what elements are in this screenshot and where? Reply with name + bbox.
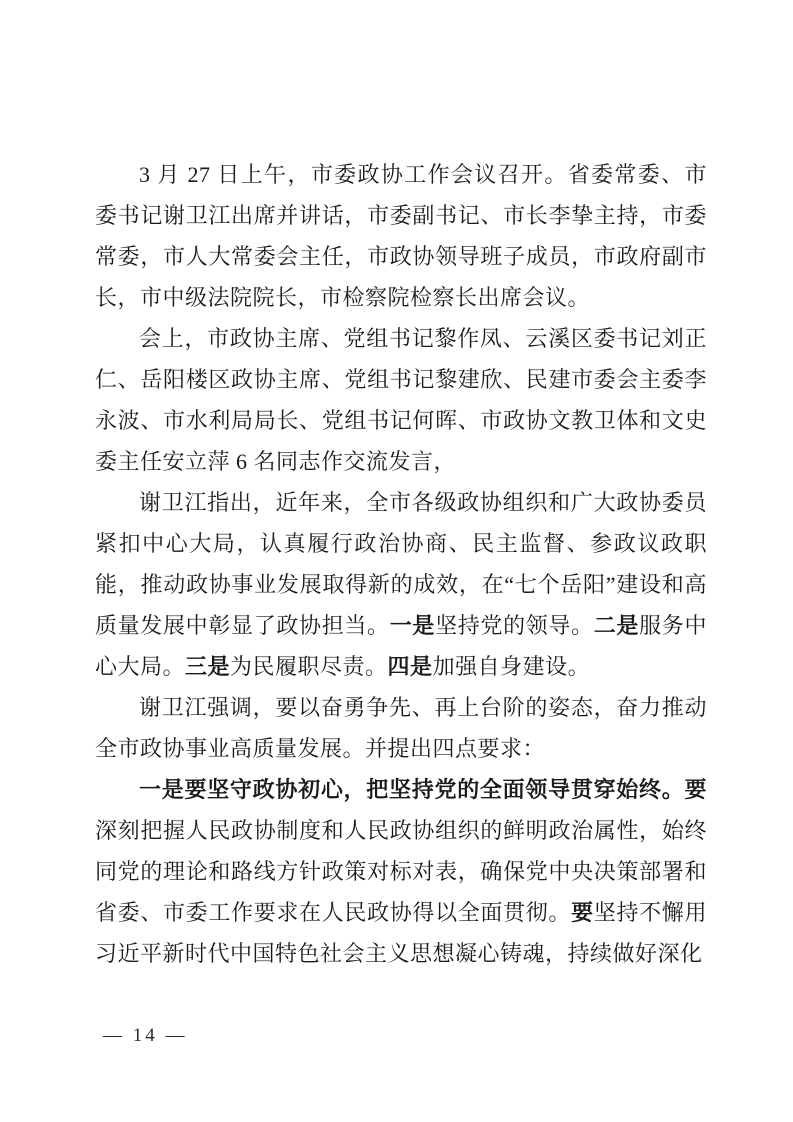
bold-text-run: 一是要坚守政协初心，把坚持党的全面领导贯穿始终。要 bbox=[139, 777, 707, 802]
bold-text-run: 二是 bbox=[594, 613, 639, 638]
paragraph-meeting-opening: 3 月 27 日上午，市委政协工作会议召开。省委常委、市委书记谢卫江出席并讲话，… bbox=[95, 154, 707, 318]
text-run: 3 月 27 日上午，市委政协工作会议召开。省委常委、市委书记谢卫江出席并讲话，… bbox=[95, 162, 707, 310]
bold-text-run: 四是 bbox=[388, 654, 433, 679]
paragraph-speakers-list: 会上，市政协主席、党组书记黎作凤、云溪区委书记刘正仁、岳阳楼区政协主席、党组书记… bbox=[95, 318, 707, 482]
document-body: 3 月 27 日上午，市委政协工作会议召开。省委常委、市委书记谢卫江出席并讲话，… bbox=[95, 154, 707, 974]
text-run: 坚持党的领导。 bbox=[435, 613, 594, 638]
text-run: 会上，市政协主席、党组书记黎作凤、云溪区委书记刘正仁、岳阳楼区政协主席、党组书记… bbox=[95, 326, 707, 474]
text-run: 谢卫江强调，要以奋勇争先、再上台阶的姿态，奋力推动全市政协事业高质量发展。并提出… bbox=[95, 695, 707, 761]
paragraph-requirement-one: 一是要坚守政协初心，把坚持党的全面领导贯穿始终。要深刻把握人民政协制度和人民政协… bbox=[95, 769, 707, 974]
bold-text-run: 一是 bbox=[390, 613, 435, 638]
bold-text-run: 要 bbox=[571, 900, 594, 925]
text-run: 加强自身建设。 bbox=[433, 654, 591, 679]
paragraph-achievements: 谢卫江指出，近年来，全市各级政协组织和广大政协委员紧扣中心大局，认真履行政治协商… bbox=[95, 482, 707, 687]
bold-text-run: 三是 bbox=[185, 654, 230, 679]
text-run: 为民履职尽责。 bbox=[230, 654, 388, 679]
document-page: 3 月 27 日上午，市委政协工作会议召开。省委常委、市委书记谢卫江出席并讲话，… bbox=[0, 0, 793, 1122]
page-number: — 14 — bbox=[103, 1024, 188, 1048]
paragraph-requirements-intro: 谢卫江强调，要以奋勇争先、再上台阶的姿态，奋力推动全市政协事业高质量发展。并提出… bbox=[95, 687, 707, 769]
